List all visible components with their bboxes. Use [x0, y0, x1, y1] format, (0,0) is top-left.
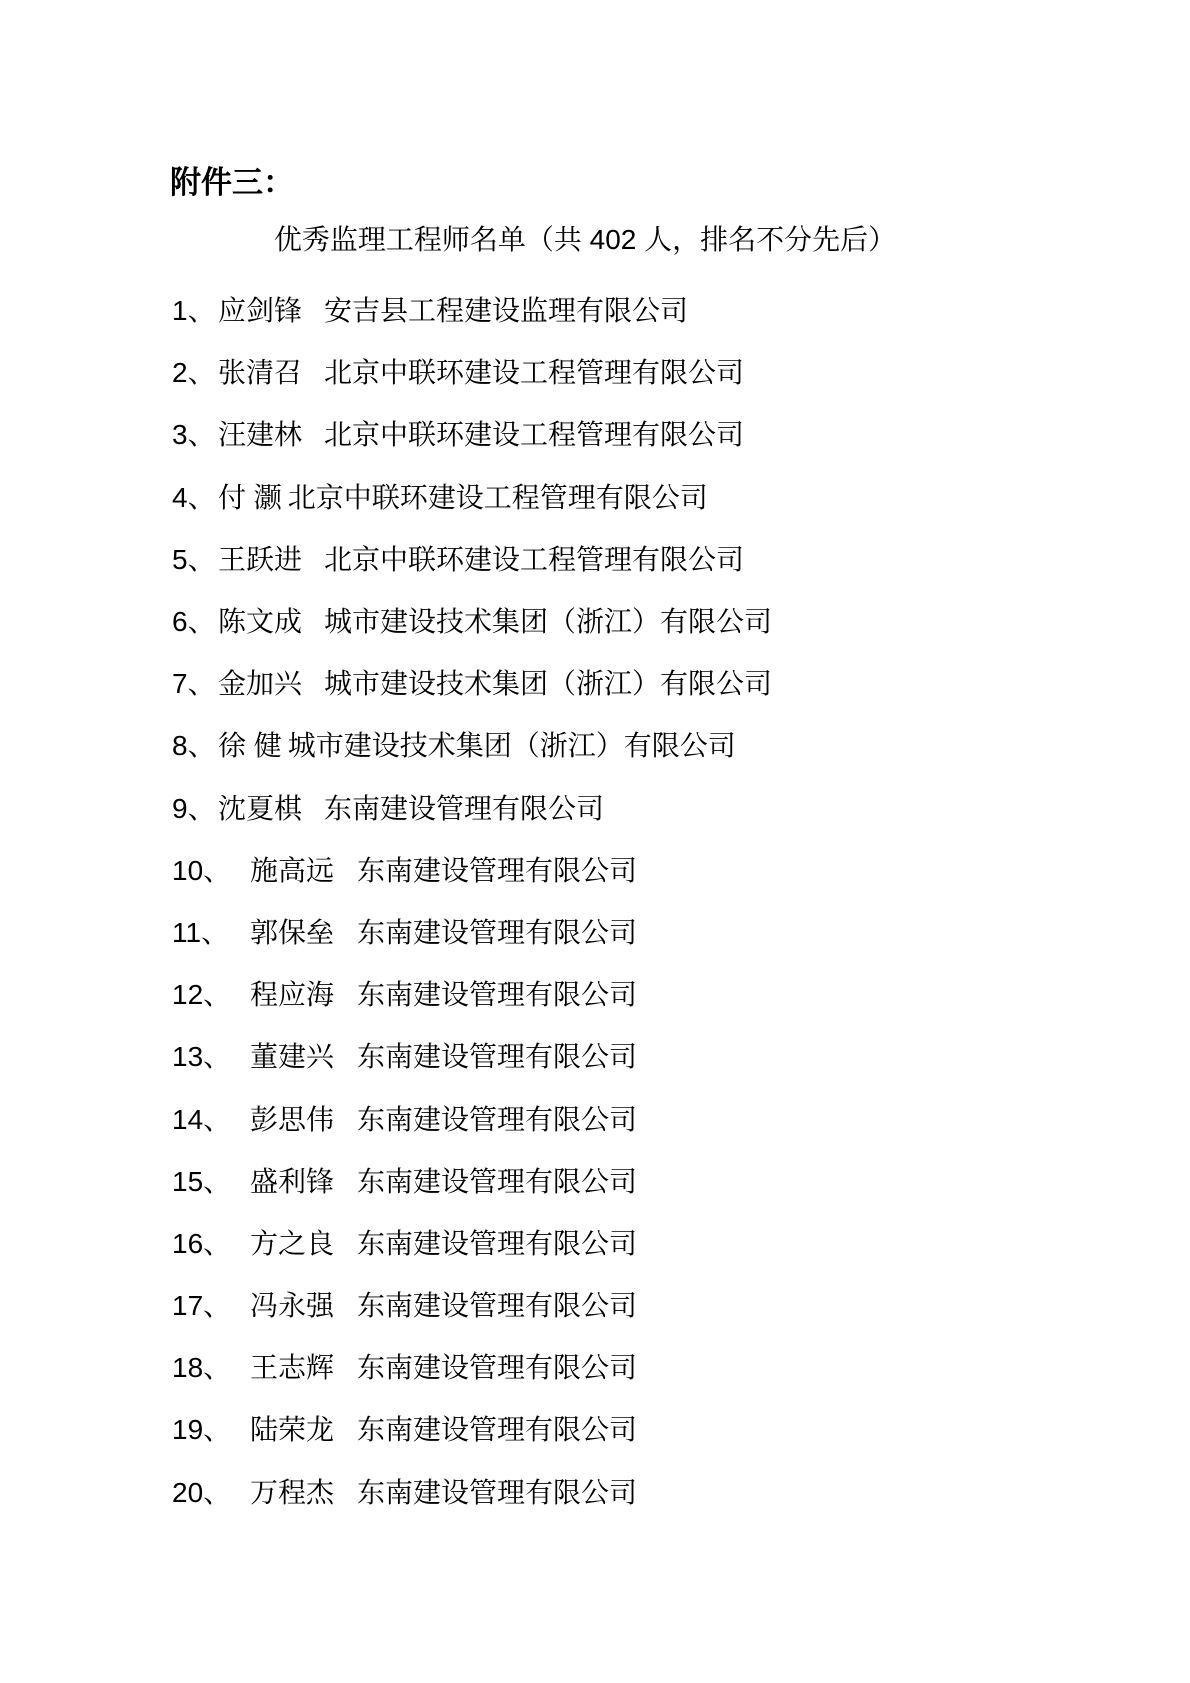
item-name: 陈文成: [218, 608, 324, 636]
list-item: 11、郭保垒东南建设管理有限公司: [0, 902, 1190, 964]
item-company: 城市建设技术集团（浙江）有限公司: [324, 608, 772, 636]
item-company: 北京中联环建设工程管理有限公司: [324, 359, 744, 387]
engineer-list: 1、应剑锋安吉县工程建设监理有限公司2、张清召北京中联环建设工程管理有限公司3、…: [0, 280, 1190, 1524]
list-item: 14、彭思伟东南建设管理有限公司: [0, 1088, 1190, 1150]
item-number: 8、: [172, 732, 218, 760]
list-item: 9、沈夏棋东南建设管理有限公司: [0, 778, 1190, 840]
list-item: 6、陈文成城市建设技术集团（浙江）有限公司: [0, 591, 1190, 653]
item-name: 冯永强: [250, 1292, 357, 1320]
item-company: 东南建设管理有限公司: [357, 1354, 637, 1382]
item-company: 东南建设管理有限公司: [324, 795, 604, 823]
item-number: 12、: [172, 981, 250, 1009]
item-name: 董建兴: [250, 1043, 357, 1071]
item-name: 方之良: [250, 1230, 357, 1258]
item-number: 10、: [172, 857, 250, 885]
document-page: 附件三： 优秀监理工程师名单（共 402 人，排名不分先后） 1、应剑锋安吉县工…: [0, 0, 1190, 1683]
item-name: 施高远: [250, 857, 357, 885]
item-name: 张清召: [218, 359, 324, 387]
list-item: 19、陆荣龙东南建设管理有限公司: [0, 1399, 1190, 1461]
item-name: 徐 健: [218, 732, 282, 760]
item-name: 陆荣龙: [250, 1416, 357, 1444]
item-number: 19、: [172, 1416, 250, 1444]
item-number: 20、: [172, 1479, 250, 1507]
item-number: 11、: [172, 919, 250, 947]
item-company: 东南建设管理有限公司: [357, 919, 637, 947]
item-number: 16、: [172, 1230, 250, 1258]
item-name: 付 灏: [218, 484, 282, 512]
item-number: 18、: [172, 1354, 250, 1382]
item-number: 4、: [172, 484, 218, 512]
item-number: 6、: [172, 608, 218, 636]
item-company: 城市建设技术集团（浙江）有限公司: [324, 670, 772, 698]
item-number: 1、: [172, 297, 218, 325]
item-company: 东南建设管理有限公司: [357, 1292, 637, 1320]
item-name: 万程杰: [250, 1479, 357, 1507]
item-name: 彭思伟: [250, 1106, 357, 1134]
list-item: 1、应剑锋安吉县工程建设监理有限公司: [0, 280, 1190, 342]
list-item: 18、王志辉东南建设管理有限公司: [0, 1337, 1190, 1399]
item-company: 东南建设管理有限公司: [357, 1479, 637, 1507]
document-title: 优秀监理工程师名单（共 402 人，排名不分先后）: [0, 222, 1170, 258]
item-number: 3、: [172, 421, 218, 449]
item-name: 盛利锋: [250, 1168, 357, 1196]
list-item: 10、施高远东南建设管理有限公司: [0, 840, 1190, 902]
item-company: 东南建设管理有限公司: [357, 981, 637, 1009]
list-item: 4、付 灏北京中联环建设工程管理有限公司: [0, 467, 1190, 529]
list-item: 3、汪建林北京中联环建设工程管理有限公司: [0, 404, 1190, 466]
item-company: 北京中联环建设工程管理有限公司: [324, 421, 744, 449]
list-item: 15、盛利锋东南建设管理有限公司: [0, 1151, 1190, 1213]
list-item: 20、万程杰东南建设管理有限公司: [0, 1462, 1190, 1524]
list-item: 8、徐 健城市建设技术集团（浙江）有限公司: [0, 715, 1190, 777]
item-company: 东南建设管理有限公司: [357, 1230, 637, 1258]
item-number: 13、: [172, 1043, 250, 1071]
list-item: 13、董建兴东南建设管理有限公司: [0, 1026, 1190, 1088]
attachment-label: 附件三：: [170, 164, 294, 201]
item-name: 程应海: [250, 981, 357, 1009]
item-company: 北京中联环建设工程管理有限公司: [288, 484, 708, 512]
item-name: 金加兴: [218, 670, 324, 698]
item-company: 城市建设技术集团（浙江）有限公司: [288, 732, 736, 760]
item-number: 14、: [172, 1106, 250, 1134]
list-item: 16、方之良东南建设管理有限公司: [0, 1213, 1190, 1275]
item-company: 东南建设管理有限公司: [357, 1106, 637, 1134]
item-number: 7、: [172, 670, 218, 698]
list-item: 17、冯永强东南建设管理有限公司: [0, 1275, 1190, 1337]
item-name: 郭保垒: [250, 919, 357, 947]
item-name: 王跃进: [218, 546, 324, 574]
item-name: 王志辉: [250, 1354, 357, 1382]
list-item: 5、王跃进北京中联环建设工程管理有限公司: [0, 529, 1190, 591]
item-number: 2、: [172, 359, 218, 387]
item-company: 安吉县工程建设监理有限公司: [324, 297, 688, 325]
item-number: 9、: [172, 795, 218, 823]
item-company: 东南建设管理有限公司: [357, 1043, 637, 1071]
item-company: 东南建设管理有限公司: [357, 857, 637, 885]
item-number: 17、: [172, 1292, 250, 1320]
item-name: 汪建林: [218, 421, 324, 449]
item-company: 北京中联环建设工程管理有限公司: [324, 546, 744, 574]
item-number: 5、: [172, 546, 218, 574]
item-name: 沈夏棋: [218, 795, 324, 823]
list-item: 12、程应海东南建设管理有限公司: [0, 964, 1190, 1026]
list-item: 7、金加兴城市建设技术集团（浙江）有限公司: [0, 653, 1190, 715]
item-company: 东南建设管理有限公司: [357, 1168, 637, 1196]
item-name: 应剑锋: [218, 297, 324, 325]
item-number: 15、: [172, 1168, 250, 1196]
item-company: 东南建设管理有限公司: [357, 1416, 637, 1444]
list-item: 2、张清召北京中联环建设工程管理有限公司: [0, 342, 1190, 404]
